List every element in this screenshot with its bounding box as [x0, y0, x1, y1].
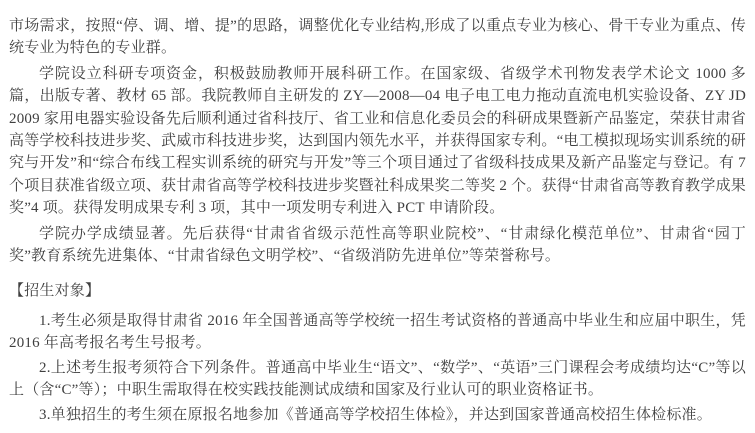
paragraph: 学院设立科研专项资金，积极鼓励教师开展科研工作。在国家级、省级学术刊物发表学术论…	[9, 63, 746, 220]
paragraph: 1.考生必须是取得甘肃省 2016 年全国普通高等学校统一招生考试资格的普通高中…	[9, 310, 746, 355]
section-header: 【招生对象】	[9, 280, 746, 302]
paragraph: 2.上述考生报考须符合下列条件。普通高中毕业生“语文”、“数学”、“英语”三门课…	[9, 357, 746, 402]
paragraph: 3.单独招生的考生须在原报名地参加《普通高等学校招生体检》，并达到国家普通高校招…	[9, 404, 746, 426]
paragraph: 学院办学成绩显著。先后获得“甘肃省省级示范性高等职业院校”、“甘肃绿化模范单位”…	[9, 223, 746, 268]
document-body: 市场需求，按照“停、调、增、提”的思路，调整优化专业结构,形成了以重点专业为核心…	[9, 15, 746, 426]
document-page: 市场需求，按照“停、调、增、提”的思路，调整优化专业结构,形成了以重点专业为核心…	[0, 0, 755, 433]
paragraph: 市场需求，按照“停、调、增、提”的思路，调整优化专业结构,形成了以重点专业为核心…	[9, 15, 746, 60]
